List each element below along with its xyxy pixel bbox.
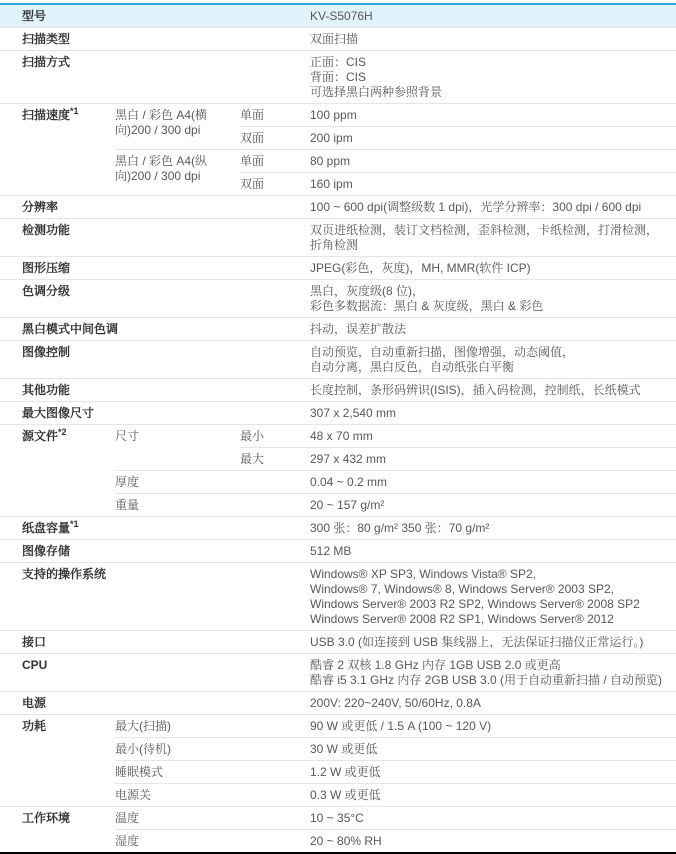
row-label-text: 接口 (22, 635, 46, 649)
row-value-line: 300 张：80 g/m² 350 张：70 g/m² (310, 521, 668, 536)
entry-row: 最大297 x 432 mm (240, 447, 676, 470)
row-value: 长度控制，条形码辨识(ISIS)，插入码检测，控制纸，长纸模式 (310, 379, 676, 401)
sub-label-line: 厚度 (115, 475, 139, 489)
entry-row: 双面160 ipm (240, 172, 676, 195)
entry-value: 48 x 70 mm (310, 425, 676, 447)
row-label: 支持的操作系统 (0, 563, 310, 630)
row-value-line: Windows Server® 2003 R2 SP2, Windows Ser… (310, 597, 668, 612)
entry-row: 单面100 ppm (240, 104, 676, 126)
entry-key: 单面 (240, 104, 310, 126)
row-label-text: 扫描类型 (22, 32, 70, 46)
sub-entries: 90 W 或更低 / 1.5 A (100 ~ 120 V) (240, 715, 676, 737)
sub-label-line: 最小(待机) (115, 742, 171, 756)
row-label-text: 图形压缩 (22, 261, 70, 275)
row-label-text: 扫描速度 (22, 108, 70, 122)
row-label: 其他功能 (0, 379, 310, 401)
sub-label-line: 睡眠模式 (115, 765, 163, 779)
entry-row: 最小48 x 70 mm (240, 425, 676, 447)
sub-label-line: 尺寸 (115, 429, 139, 443)
row-label: 黑白模式中间色调 (0, 318, 310, 340)
entry-value: 0.3 W 或更低 (310, 784, 676, 806)
sub-label-line: 最大(扫描) (115, 719, 171, 733)
row-label: CPU (0, 654, 310, 691)
row-label-text: 源文件 (22, 429, 58, 443)
sub-row: 黑白 / 彩色 A4(横向)200 / 300 dpi单面100 ppm双面20… (115, 104, 676, 149)
row-label: 纸盘容量*1 (0, 517, 310, 539)
sub-row: 重量20 ~ 157 g/m² (115, 493, 676, 516)
sub-label: 黑白 / 彩色 A4(纵向)200 / 300 dpi (115, 150, 240, 195)
table-row: 最大图像尺寸307 x 2,540 mm (0, 401, 676, 424)
row-groups: 黑白 / 彩色 A4(横向)200 / 300 dpi单面100 ppm双面20… (115, 104, 676, 195)
row-label: 最大图像尺寸 (0, 402, 310, 424)
row-value: Windows® XP SP3, Windows Vista® SP2,Wind… (310, 563, 676, 630)
sub-row: 厚度0.04 ~ 0.2 mm (115, 470, 676, 493)
table-row: 功耗最大(扫描)90 W 或更低 / 1.5 A (100 ~ 120 V)最小… (0, 714, 676, 806)
row-label: 电源 (0, 692, 310, 714)
table-row: 扫描速度*1黑白 / 彩色 A4(横向)200 / 300 dpi单面100 p… (0, 103, 676, 195)
sub-entries: 单面100 ppm双面200 ipm (240, 104, 676, 149)
entry-key (240, 761, 310, 783)
entry-row: 20 ~ 157 g/m² (240, 494, 676, 516)
sub-row: 尺寸最小48 x 70 mm最大297 x 432 mm (115, 425, 676, 470)
row-label-text: 纸盘容量 (22, 521, 70, 535)
row-value-line: JPEG(彩色，灰度)，MH, MMR(软件 ICP) (310, 261, 668, 276)
sub-label-line: 电源关 (115, 788, 151, 802)
sub-row: 黑白 / 彩色 A4(纵向)200 / 300 dpi单面80 ppm双面160… (115, 149, 676, 195)
sub-entries: 最小48 x 70 mm最大297 x 432 mm (240, 425, 676, 470)
row-label-footnote: *1 (70, 519, 79, 529)
row-label-text: 支持的操作系统 (22, 567, 106, 581)
sub-entries: 0.04 ~ 0.2 mm (240, 471, 676, 493)
sub-entries: 10 ~ 35°C (240, 807, 676, 829)
entry-key (240, 784, 310, 806)
row-value: KV-S5076H (310, 5, 676, 27)
row-value: 抖动，误差扩散法 (310, 318, 676, 340)
row-value-line: 长度控制，条形码辨识(ISIS)，插入码检测，控制纸，长纸模式 (310, 383, 668, 398)
row-label-text: 图像控制 (22, 345, 70, 359)
sub-label: 最小(待机) (115, 738, 240, 760)
row-value: 黑白，灰度级(8 位)，彩色多数据流：黑白 & 灰度级，黑白 & 彩色 (310, 280, 676, 317)
row-value: USB 3.0 (如连接到 USB 集线器上，无法保证扫描仪正常运行。) (310, 631, 676, 653)
row-value-line: 可选择黑白两种参照背景 (310, 85, 668, 100)
row-label-text: 功耗 (22, 719, 46, 733)
table-row: 接口USB 3.0 (如连接到 USB 集线器上，无法保证扫描仪正常运行。) (0, 630, 676, 653)
entry-value: 200 ipm (310, 127, 676, 149)
sub-row: 最大(扫描)90 W 或更低 / 1.5 A (100 ~ 120 V) (115, 715, 676, 737)
row-value-line: 200V: 220~240V, 50/60Hz, 0.8A (310, 696, 668, 711)
row-value: 自动预览，自动重新扫描，图像增强，动态阈值，自动分离，黑白反色，自动纸张白平衡 (310, 341, 676, 378)
entry-row: 10 ~ 35°C (240, 807, 676, 829)
row-label-footnote: *2 (58, 427, 67, 437)
entry-key (240, 830, 310, 852)
row-value-line: 100 ~ 600 dpi(调整级数 1 dpi)，光学分辨率：300 dpi … (310, 200, 668, 215)
row-value-line: 自动分离，黑白反色，自动纸张白平衡 (310, 360, 668, 375)
row-label: 型号 (0, 5, 310, 27)
sub-entries: 0.3 W 或更低 (240, 784, 676, 806)
sub-label: 厚度 (115, 471, 240, 493)
sub-label: 尺寸 (115, 425, 240, 470)
table-row: 源文件*2尺寸最小48 x 70 mm最大297 x 432 mm厚度0.04 … (0, 424, 676, 516)
row-label: 源文件*2 (0, 425, 115, 516)
table-row: 扫描方式正面：CIS背面：CIS可选择黑白两种参照背景 (0, 50, 676, 103)
entry-value: 30 W 或更低 (310, 738, 676, 760)
sub-entries: 1.2 W 或更低 (240, 761, 676, 783)
entry-key (240, 471, 310, 493)
row-value: 512 MB (310, 540, 676, 562)
row-value-line: 黑白，灰度级(8 位)， (310, 284, 668, 299)
entry-key (240, 715, 310, 737)
spec-table: 型号KV-S5076H扫描类型双面扫描扫描方式正面：CIS背面：CIS可选择黑白… (0, 3, 676, 854)
entry-row: 90 W 或更低 / 1.5 A (100 ~ 120 V) (240, 715, 676, 737)
row-label-text: 型号 (22, 9, 46, 23)
row-value: 正面：CIS背面：CIS可选择黑白两种参照背景 (310, 51, 676, 103)
row-groups: 温度10 ~ 35°C湿度20 ~ 80% RH (115, 807, 676, 852)
row-value: 双页进纸检测，装订文档检测，歪斜检测，卡纸检测，打滑检测，折角检测 (310, 219, 676, 256)
table-row: 纸盘容量*1300 张：80 g/m² 350 张：70 g/m² (0, 516, 676, 539)
row-label-text: 工作环境 (22, 811, 70, 825)
row-label-text: 扫描方式 (22, 55, 70, 69)
table-row: CPU酷睿 2 双核 1.8 GHz 内存 1GB USB 2.0 或更高酷睿 … (0, 653, 676, 691)
row-label-text: 分辨率 (22, 200, 58, 214)
row-value: 200V: 220~240V, 50/60Hz, 0.8A (310, 692, 676, 714)
table-row: 图像控制自动预览，自动重新扫描，图像增强，动态阈值，自动分离，黑白反色，自动纸张… (0, 340, 676, 378)
row-label: 扫描方式 (0, 51, 310, 103)
sub-label: 温度 (115, 807, 240, 829)
sub-entries: 30 W 或更低 (240, 738, 676, 760)
row-value-line: 抖动，误差扩散法 (310, 322, 668, 337)
row-value-line: 彩色多数据流：黑白 & 灰度级，黑白 & 彩色 (310, 299, 668, 314)
entry-key (240, 738, 310, 760)
table-row: 电源200V: 220~240V, 50/60Hz, 0.8A (0, 691, 676, 714)
row-label-text: 图像存储 (22, 544, 70, 558)
row-label-text: 最大图像尺寸 (22, 406, 94, 420)
row-label: 检测功能 (0, 219, 310, 256)
row-value-line: 双面扫描 (310, 32, 668, 47)
entry-row: 0.3 W 或更低 (240, 784, 676, 806)
sub-label-line: 重量 (115, 498, 139, 512)
entry-value: 1.2 W 或更低 (310, 761, 676, 783)
sub-entries: 单面80 ppm双面160 ipm (240, 150, 676, 195)
entry-row: 30 W 或更低 (240, 738, 676, 760)
row-value-line: 自动预览，自动重新扫描，图像增强，动态阈值， (310, 345, 668, 360)
entry-value: 297 x 432 mm (310, 448, 676, 470)
entry-value: 100 ppm (310, 104, 676, 126)
row-label: 工作环境 (0, 807, 115, 852)
entry-row: 双面200 ipm (240, 126, 676, 149)
row-label: 图像存储 (0, 540, 310, 562)
row-value-line: 正面：CIS (310, 55, 668, 70)
sub-row: 电源关0.3 W 或更低 (115, 783, 676, 806)
row-value-line: 307 x 2,540 mm (310, 406, 668, 421)
row-label: 分辨率 (0, 196, 310, 218)
table-row: 检测功能双页进纸检测，装订文档检测，歪斜检测，卡纸检测，打滑检测，折角检测 (0, 218, 676, 256)
table-row: 工作环境温度10 ~ 35°C湿度20 ~ 80% RH (0, 806, 676, 852)
row-label-text: 电源 (22, 696, 46, 710)
entry-value: 90 W 或更低 / 1.5 A (100 ~ 120 V) (310, 715, 676, 737)
table-row: 色调分级黑白，灰度级(8 位)，彩色多数据流：黑白 & 灰度级，黑白 & 彩色 (0, 279, 676, 317)
row-label-text: 色调分级 (22, 284, 70, 298)
row-value: 307 x 2,540 mm (310, 402, 676, 424)
row-value: 双面扫描 (310, 28, 676, 50)
row-label: 图像控制 (0, 341, 310, 378)
table-row: 支持的操作系统Windows® XP SP3, Windows Vista® S… (0, 562, 676, 630)
table-row: 黑白模式中间色调抖动，误差扩散法 (0, 317, 676, 340)
row-label-text: 其他功能 (22, 383, 70, 397)
row-label-text: 检测功能 (22, 223, 70, 237)
row-label: 色调分级 (0, 280, 310, 317)
entry-row: 1.2 W 或更低 (240, 761, 676, 783)
entry-value: 20 ~ 157 g/m² (310, 494, 676, 516)
sub-label: 最大(扫描) (115, 715, 240, 737)
entry-row: 单面80 ppm (240, 150, 676, 172)
entry-key: 单面 (240, 150, 310, 172)
entry-value: 0.04 ~ 0.2 mm (310, 471, 676, 493)
row-label: 图形压缩 (0, 257, 310, 279)
table-row: 分辨率100 ~ 600 dpi(调整级数 1 dpi)，光学分辨率：300 d… (0, 195, 676, 218)
table-row: 其他功能长度控制，条形码辨识(ISIS)，插入码检测，控制纸，长纸模式 (0, 378, 676, 401)
entry-key: 最小 (240, 425, 310, 447)
row-value-line: Windows Server® 2008 R2 SP1, Windows Ser… (310, 612, 668, 627)
table-row: 扫描类型双面扫描 (0, 27, 676, 50)
entry-row: 0.04 ~ 0.2 mm (240, 471, 676, 493)
entry-key: 最大 (240, 448, 310, 470)
row-value-line: KV-S5076H (310, 9, 668, 24)
entry-key: 双面 (240, 173, 310, 195)
entry-key (240, 807, 310, 829)
row-value-line: 酷睿 2 双核 1.8 GHz 内存 1GB USB 2.0 或更高 (310, 658, 668, 673)
row-label: 接口 (0, 631, 310, 653)
row-label-text: CPU (22, 658, 47, 672)
row-value-line: Windows® XP SP3, Windows Vista® SP2, (310, 567, 668, 582)
sub-row: 睡眠模式1.2 W 或更低 (115, 760, 676, 783)
sub-label-line: 200 / 300 dpi (131, 123, 200, 137)
row-value-line: Windows® 7, Windows® 8, Windows Server® … (310, 582, 668, 597)
row-value-line: 双页进纸检测，装订文档检测，歪斜检测，卡纸检测，打滑检测，折角检测 (310, 223, 668, 253)
row-groups: 尺寸最小48 x 70 mm最大297 x 432 mm厚度0.04 ~ 0.2… (115, 425, 676, 516)
table-row: 图形压缩JPEG(彩色，灰度)，MH, MMR(软件 ICP) (0, 256, 676, 279)
row-value: JPEG(彩色，灰度)，MH, MMR(软件 ICP) (310, 257, 676, 279)
row-value: 酷睿 2 双核 1.8 GHz 内存 1GB USB 2.0 或更高酷睿 i5 … (310, 654, 676, 691)
row-value: 300 张：80 g/m² 350 张：70 g/m² (310, 517, 676, 539)
row-value-line: 背面：CIS (310, 70, 668, 85)
entry-key: 双面 (240, 127, 310, 149)
row-value-line: 512 MB (310, 544, 668, 559)
row-label: 功耗 (0, 715, 115, 806)
row-groups: 最大(扫描)90 W 或更低 / 1.5 A (100 ~ 120 V)最小(待… (115, 715, 676, 806)
entry-value: 20 ~ 80% RH (310, 830, 676, 852)
sub-label: 湿度 (115, 830, 240, 852)
sub-label: 黑白 / 彩色 A4(横向)200 / 300 dpi (115, 104, 240, 149)
entry-value: 160 ipm (310, 173, 676, 195)
entry-key (240, 494, 310, 516)
row-label: 扫描类型 (0, 28, 310, 50)
sub-label-line: 湿度 (115, 834, 139, 848)
sub-row: 湿度20 ~ 80% RH (115, 829, 676, 852)
entry-value: 80 ppm (310, 150, 676, 172)
sub-label: 重量 (115, 494, 240, 516)
row-value-line: USB 3.0 (如连接到 USB 集线器上，无法保证扫描仪正常运行。) (310, 635, 668, 650)
row-label-text: 黑白模式中间色调 (22, 322, 118, 336)
sub-label: 电源关 (115, 784, 240, 806)
row-value-line: 酷睿 i5 3.1 GHz 内存 2GB USB 3.0 (用于自动重新扫描 /… (310, 673, 668, 688)
row-label-footnote: *1 (70, 106, 79, 116)
row-value: 100 ~ 600 dpi(调整级数 1 dpi)，光学分辨率：300 dpi … (310, 196, 676, 218)
row-label: 扫描速度*1 (0, 104, 115, 195)
sub-label-line: 温度 (115, 811, 139, 825)
entry-value: 10 ~ 35°C (310, 807, 676, 829)
table-row: 型号KV-S5076H (0, 5, 676, 27)
sub-row: 温度10 ~ 35°C (115, 807, 676, 829)
sub-row: 最小(待机)30 W 或更低 (115, 737, 676, 760)
table-row: 图像存储512 MB (0, 539, 676, 562)
sub-entries: 20 ~ 157 g/m² (240, 494, 676, 516)
sub-label: 睡眠模式 (115, 761, 240, 783)
entry-row: 20 ~ 80% RH (240, 830, 676, 852)
sub-label-line: 200 / 300 dpi (131, 169, 200, 183)
sub-entries: 20 ~ 80% RH (240, 830, 676, 852)
